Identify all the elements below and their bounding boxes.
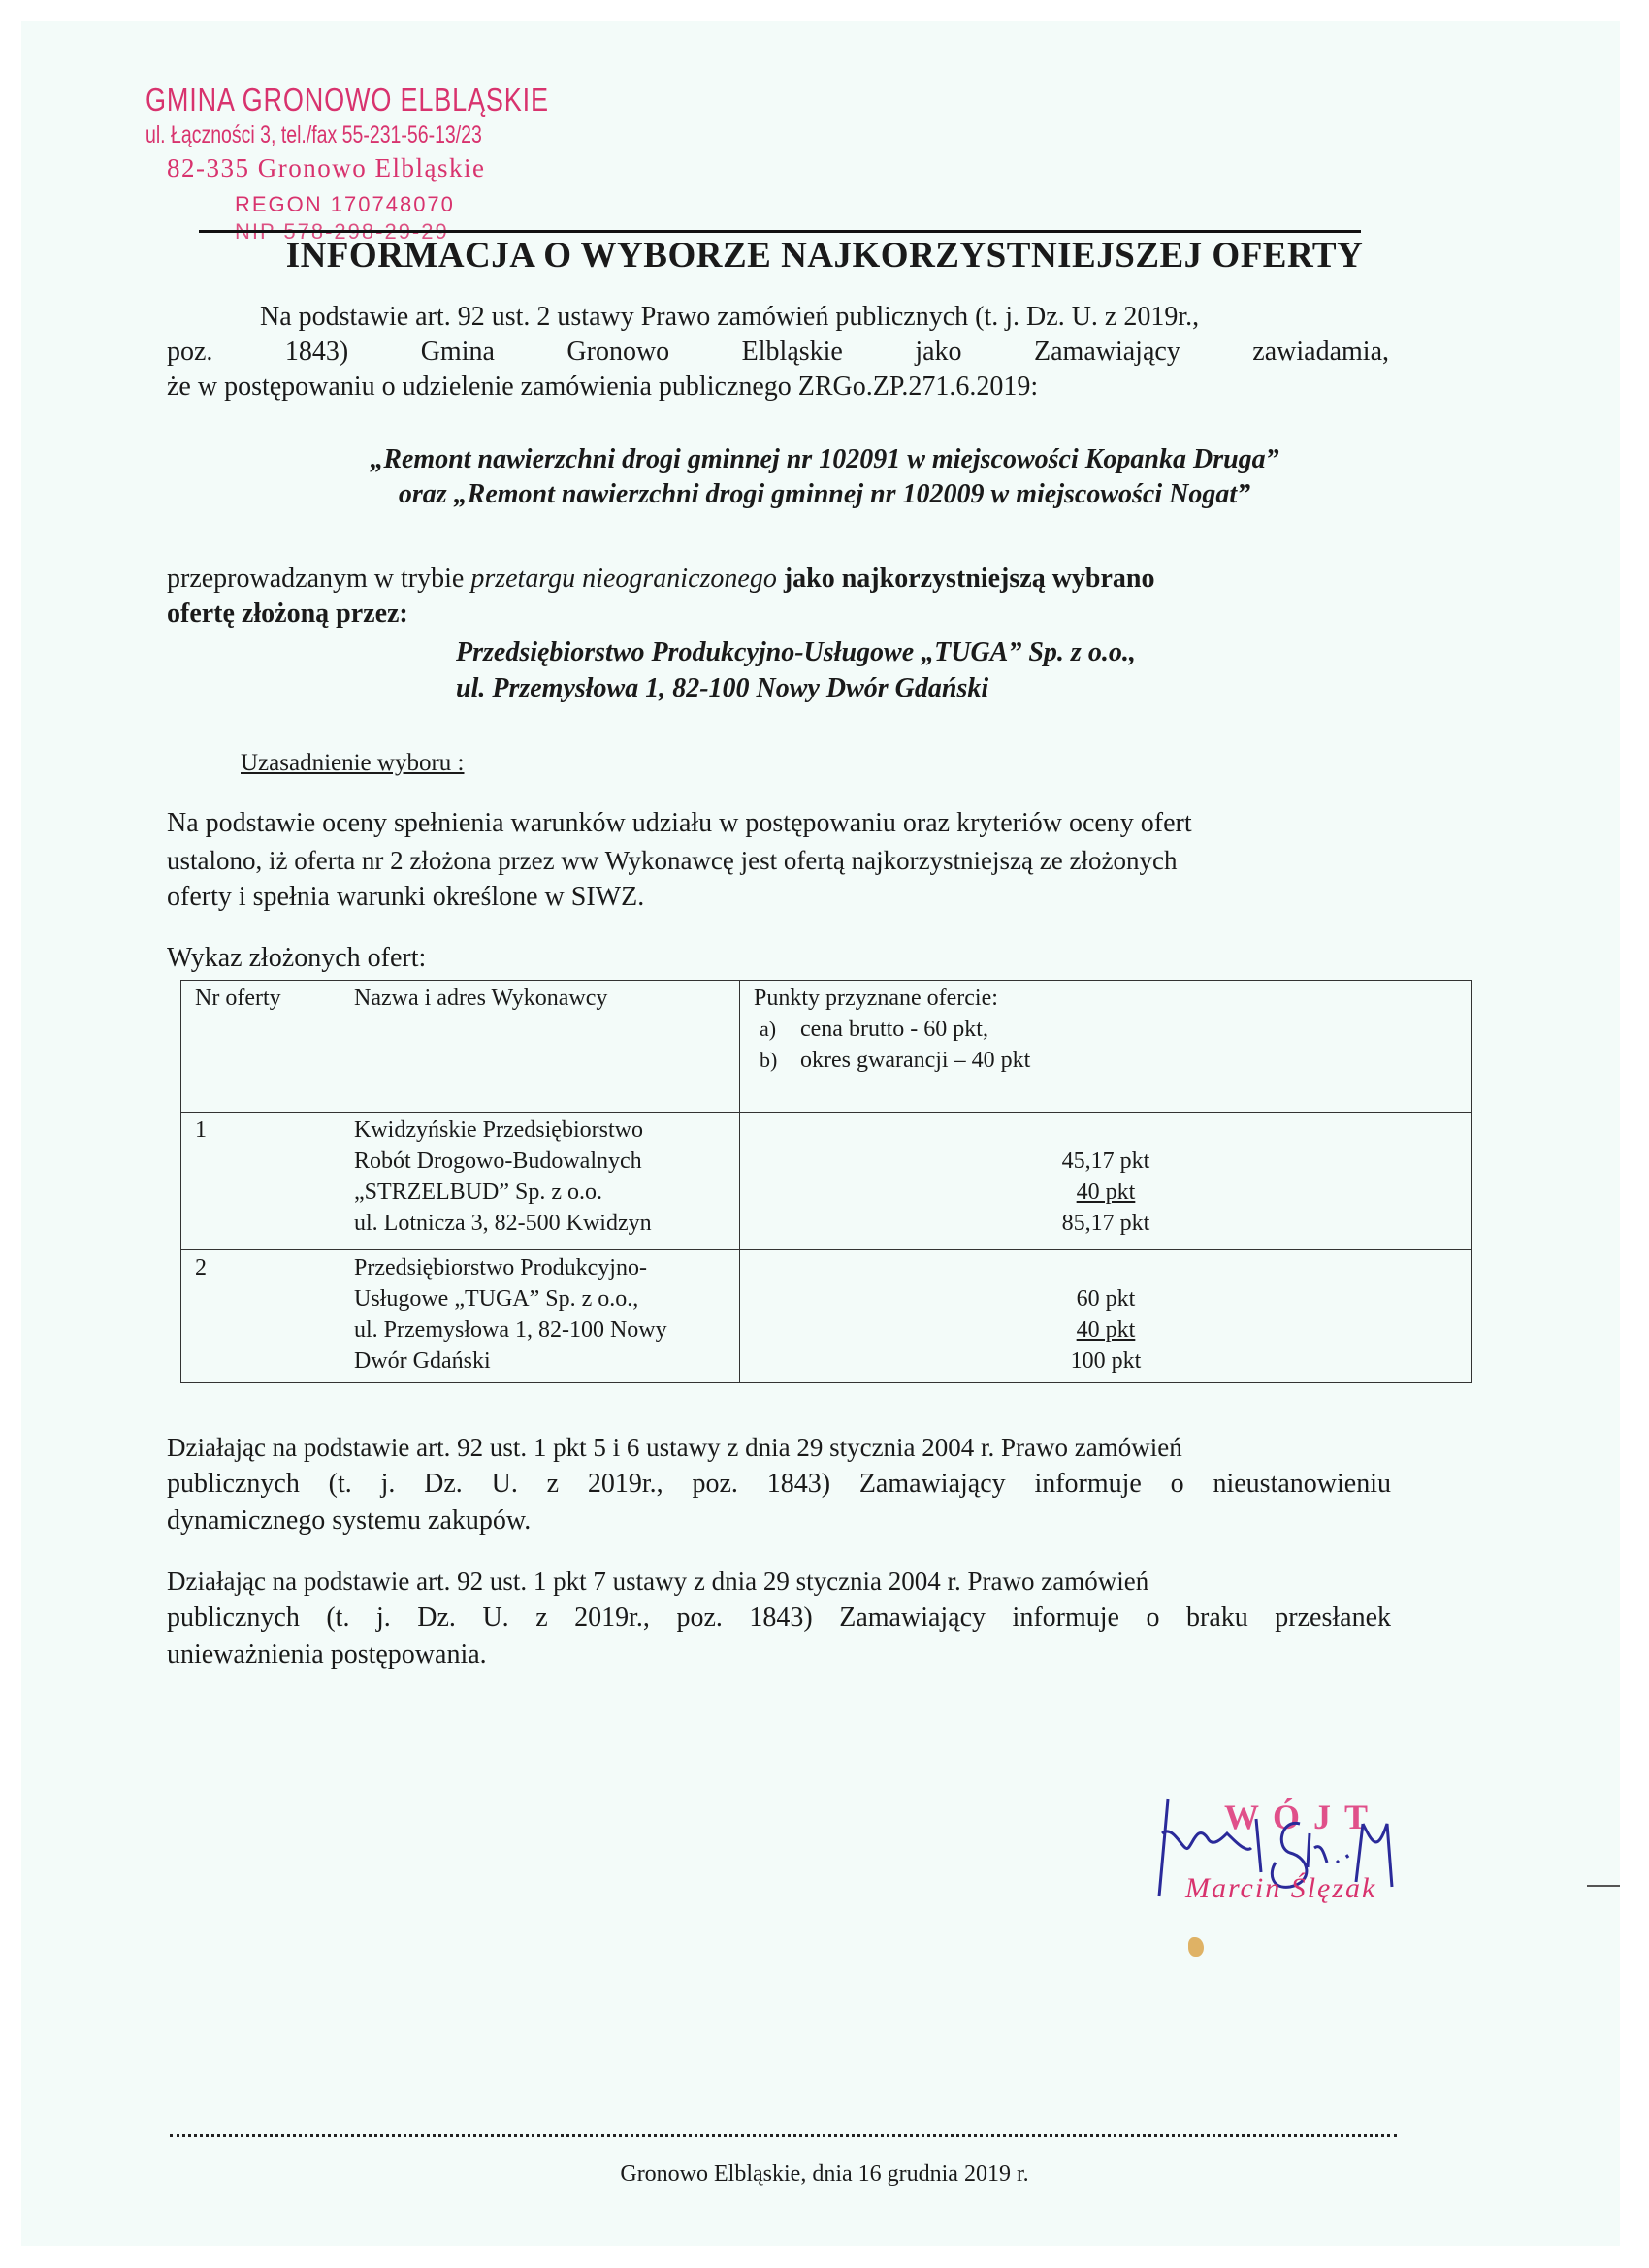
- header-name: Nazwa i adres Wykonawcy: [340, 981, 740, 1113]
- intro-line-1: Na podstawie art. 92 ust. 2 ustawy Prawo…: [260, 300, 1199, 335]
- signature-stamp-name: Marcin Ślęzak: [1185, 1872, 1376, 1905]
- total-points: 85,17 pkt: [754, 1208, 1458, 1239]
- offer-contractor: Przedsiębiorstwo Produkcyjno- Usługowe „…: [340, 1250, 740, 1383]
- selection-prefix: przeprowadzanym w trybie: [167, 564, 470, 594]
- notice1-line-1: Działając na podstawie art. 92 ust. 1 pk…: [167, 1430, 1182, 1465]
- criterion-b: b) okres gwarancji – 40 pkt: [754, 1045, 1458, 1076]
- header-points-title: Punkty przyznane ofercie:: [754, 983, 1458, 1014]
- stamp-municipality-name: GMINA GRONOWO ELBLĄSKIE: [145, 81, 549, 118]
- contractor-line: Dwór Gdański: [354, 1345, 726, 1377]
- criterion-a: a) cena brutto - 60 pkt,: [754, 1014, 1458, 1045]
- justification-line-2: ustalono, iż oferta nr 2 złożona przez w…: [167, 843, 1177, 878]
- footer-dotted-rule: [170, 2134, 1397, 2137]
- offer-nr: 1: [181, 1113, 340, 1250]
- warranty-points: 40 pkt: [754, 1177, 1458, 1208]
- page-mark: [1587, 1885, 1620, 1887]
- table-row: 1 Kwidzyńskie Przedsiębiorstwo Robót Dro…: [181, 1113, 1472, 1250]
- warranty-points: 40 pkt: [754, 1314, 1458, 1345]
- offer-points: 45,17 pkt 40 pkt 85,17 pkt: [740, 1113, 1472, 1250]
- notice2-line-1: Działając na podstawie art. 92 ust. 1 pk…: [167, 1564, 1148, 1599]
- place-and-date: Gronowo Elbląskie, dnia 16 grudnia 2019 …: [0, 2161, 1649, 2187]
- criterion-a-label: a): [760, 1014, 783, 1045]
- notice2-line-3: unieważnienia postępowania.: [167, 1637, 487, 1672]
- justification-heading: Uzasadnienie wyboru :: [241, 746, 464, 781]
- offers-table-header: Nr oferty Nazwa i adres Wykonawcy Punkty…: [181, 981, 1472, 1113]
- criterion-a-text: cena brutto - 60 pkt,: [800, 1014, 988, 1045]
- contractor-line: ul. Lotnicza 3, 82-500 Kwidzyn: [354, 1208, 726, 1239]
- notice2-line-2: publicznych (t. j. Dz. U. z 2019r., poz.…: [167, 1601, 1391, 1636]
- justification-line-1: Na podstawie oceny spełnienia warunków u…: [167, 806, 1192, 841]
- selection-bold: jako najkorzystniejszą wybrano: [777, 564, 1155, 594]
- offers-table-caption: Wykaz złożonych ofert:: [167, 941, 426, 976]
- selection-mode: przetargu nieograniczonego: [470, 564, 777, 594]
- notice1-line-3: dynamicznego systemu zakupów.: [167, 1504, 531, 1539]
- notice1-line-2: publicznych (t. j. Dz. U. z 2019r., poz.…: [167, 1467, 1391, 1502]
- contractor-line: Kwidzyńskie Przedsiębiorstwo: [354, 1115, 726, 1146]
- header-points: Punkty przyznane ofercie: a) cena brutto…: [740, 981, 1472, 1113]
- document-title: INFORMACJA O WYBORZE NAJKORZYSTNIEJSZEJ …: [0, 235, 1649, 276]
- intro-line-2: poz. 1843) Gmina Gronowo Elbląskie jako …: [167, 335, 1389, 370]
- contractor-line: Robót Drogowo-Budowalnych: [354, 1146, 726, 1177]
- contractor-line: Przedsiębiorstwo Produkcyjno-: [354, 1252, 726, 1283]
- title-rule: [199, 230, 1361, 233]
- project-line-2: oraz „Remont nawierzchni drogi gminnej n…: [0, 479, 1649, 510]
- contractor-line: Usługowe „TUGA” Sp. z o.o.,: [354, 1283, 726, 1314]
- intro-line-3: że w postępowaniu o udzielenie zamówieni…: [167, 370, 1038, 405]
- stamp-city: 82-335 Gronowo Elbląskie: [167, 153, 485, 183]
- criterion-b-text: okres gwarancji – 40 pkt: [800, 1045, 1030, 1076]
- offer-points: 60 pkt 40 pkt 100 pkt: [740, 1250, 1472, 1383]
- contractor-line: „STRZELBUD” Sp. z o.o.: [354, 1177, 726, 1208]
- offers-table: Nr oferty Nazwa i adres Wykonawcy Punkty…: [180, 980, 1472, 1383]
- selection-line-1: przeprowadzanym w trybie przetargu nieog…: [167, 562, 1155, 597]
- selection-line-2: ofertę złożoną przez:: [167, 597, 408, 632]
- ink-stain: [1188, 1937, 1204, 1957]
- price-points: 45,17 pkt: [754, 1146, 1458, 1177]
- offer-contractor: Kwidzyńskie Przedsiębiorstwo Robót Drogo…: [340, 1113, 740, 1250]
- total-points: 100 pkt: [754, 1345, 1458, 1377]
- winner-company-name: Przedsiębiorstwo Produkcyjno-Usługowe „T…: [456, 637, 1136, 668]
- table-row: 2 Przedsiębiorstwo Produkcyjno- Usługowe…: [181, 1250, 1472, 1383]
- winner-company-address: ul. Przemysłowa 1, 82-100 Nowy Dwór Gdań…: [456, 673, 988, 704]
- stamp-regon: REGON 170748070: [235, 192, 455, 217]
- offer-nr: 2: [181, 1250, 340, 1383]
- justification-line-3: oferty i spełnia warunki określone w SIW…: [167, 880, 644, 915]
- criterion-b-label: b): [760, 1045, 783, 1076]
- price-points: 60 pkt: [754, 1283, 1458, 1314]
- stamp-address: ul. Łączności 3, tel./fax 55-231-56-13/2…: [145, 121, 482, 149]
- header-nr: Nr oferty: [181, 981, 340, 1113]
- contractor-line: ul. Przemysłowa 1, 82-100 Nowy: [354, 1314, 726, 1345]
- project-line-1: „Remont nawierzchni drogi gminnej nr 102…: [0, 444, 1649, 475]
